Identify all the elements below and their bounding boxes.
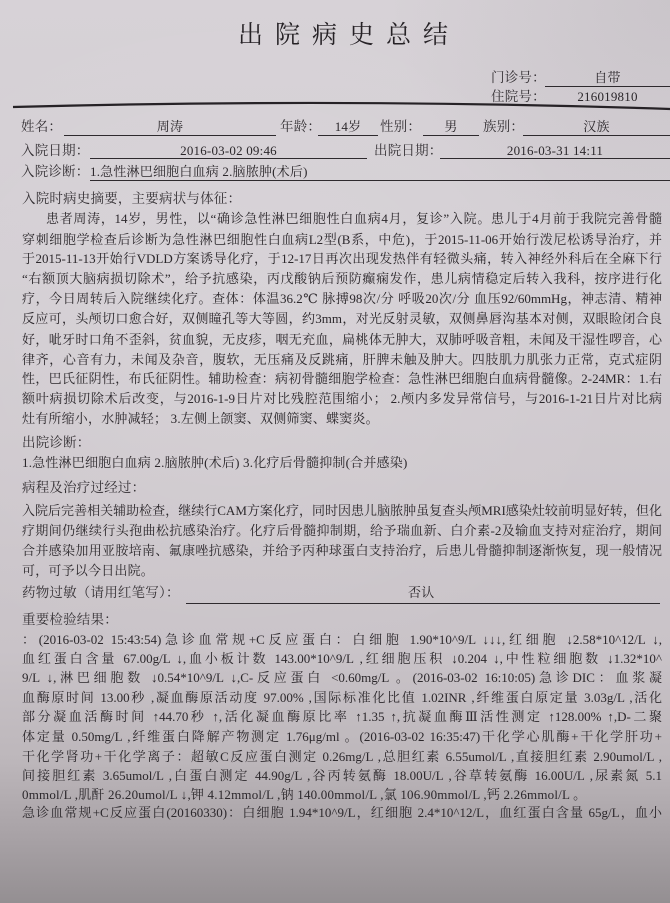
sex-value: 男 xyxy=(423,118,479,136)
sex-label: 性别： xyxy=(380,118,421,136)
lab-result-line: 急诊血常规+C反应蛋白(20160330)：白细胞 1.94*10^9/L，红细… xyxy=(22,804,662,822)
admission-diagnosis-value: 1.急性淋巴细胞白血病 2.脑脓肿(术后) xyxy=(90,163,308,181)
lab-result-line: 9/L ↓,淋巴细胞数 ↓0.54*10^9/L ↓,C-反应蛋白 <0.60m… xyxy=(22,669,662,687)
ethnicity-underline xyxy=(523,135,670,136)
history-line: 额叶病损切除术后改变，与2016-1-9日片对比残腔范围缩小； 2.颅内多发异常… xyxy=(22,390,662,408)
admission-diagnosis-underline xyxy=(90,180,670,181)
header-rule xyxy=(0,95,670,115)
history-line: 反应可，头颅切口愈合好，双侧瞳孔等大等圆，约3mm，对光反射灵敏，双侧鼻唇沟基本… xyxy=(22,310,662,328)
treatment-course-line: 可，可予以今日出院。 xyxy=(22,562,154,580)
lab-result-line: 血酶原时间 13.00秒 ,凝血酶原活动度 97.00% ,国际标准化比值 1.… xyxy=(22,689,662,707)
admission-date-label: 入院日期： xyxy=(21,142,90,160)
history-line: “右额顶大脑病损切除术”，给予抗感染，丙戊酸钠后预防癫痫发作，患儿病情稳定后转入… xyxy=(22,270,662,288)
admission-diagnosis-label: 入院诊断： xyxy=(21,163,90,181)
sex-underline xyxy=(423,135,479,136)
lab-result-line: 部分凝血活酶时间 ↑44.70秒 ↑,活化凝血酶原比率 ↑1.35 ↑,抗凝血酶… xyxy=(22,708,662,726)
outpatient-no-underline xyxy=(545,86,670,87)
document-title: 出院病史总结 xyxy=(238,20,460,52)
treatment-course-line: 合并感染加用亚胺培南、氟康唑抗感染，并给予丙种球蛋白支持治疗，后患儿骨髓抑制逐渐… xyxy=(22,542,662,560)
history-line: 患者周涛，14岁，男性，以“确诊急性淋巴细胞性白血病4月，复诊”入院。患儿于4月… xyxy=(46,210,662,228)
name-underline xyxy=(64,135,276,136)
drug-allergy-value: 否认 xyxy=(408,584,434,602)
treatment-course-line: 疗期间仍继续行头孢曲松抗感染治疗。化疗后骨髓抑制期，给予瑞血新、白介素-2及输血… xyxy=(22,522,662,540)
discharge-diagnosis-text: 1.急性淋巴细胞白血病 2.脑脓肿(术后) 3.化疗后骨髓抑制(合并感染) xyxy=(22,454,407,472)
treatment-course-heading: 病程及治疗过经过： xyxy=(22,479,145,497)
lab-result-line: 间接胆红素 3.65umol/L ,白蛋白测定 44.90g/L ,谷丙转氨酶 … xyxy=(22,767,662,785)
lab-result-line: 0mmol/L ,肌酐 26.20umol/L ↓,钾 4.12mmol/L ,… xyxy=(22,786,586,804)
age-underline xyxy=(318,135,378,136)
discharge-diagnosis-heading: 出院诊断： xyxy=(22,434,91,452)
drug-allergy-label: 药物过敏（请用红笔写）： xyxy=(22,584,180,602)
age-label: 年龄： xyxy=(280,118,321,136)
history-heading: 入院时病史摘要，主要病状与体征： xyxy=(22,190,241,208)
lab-result-line: 血红蛋白含量 67.00g/L ↓,血小板计数 143.00*10^9/L ,红… xyxy=(22,650,662,668)
name-label: 姓名： xyxy=(21,118,62,136)
lab-result-line: 干化学肾功+干化学离子：超敏C反应蛋白测定 0.26mg/L ,总胆红素 6.5… xyxy=(22,748,662,766)
history-line: 性，巴氏征阴性，布氏征阴性。辅助检查：病初骨髓细胞学检查：急性淋巴细胞白血病骨髓… xyxy=(22,370,662,388)
history-line: 于2015-11-13开始行VDLD方案诱导化疗，于12-17日再次出现发热伴有… xyxy=(22,250,662,268)
history-line: 律齐，心音有力，未闻及杂音，腹软，无压痛及反跳痛，肝脾未触及肿大。四肢肌力肌张力… xyxy=(22,351,662,369)
history-line: 灶有所缩小，水肿减轻； 3.左侧上颌窦、双侧筛窦、蝶窦炎。 xyxy=(22,410,379,428)
history-line: 疗，今日周转后入院继续化疗。查体：体温36.2℃ 脉搏98次/分 呼吸20次/分… xyxy=(22,290,662,308)
name-value: 周涛 xyxy=(64,118,276,136)
history-line: 好，呲牙时口角不歪斜，贫血貌，无皮疹，咽无充血，扁桃体无肿大，双肺呼吸音粗，未闻… xyxy=(22,331,662,349)
outpatient-no-label: 门诊号： xyxy=(491,69,546,87)
lab-result-line: 体定量 0.50mg/L ,纤维蛋白降解产物测定 1.76μg/ml 。(201… xyxy=(22,728,662,746)
discharge-date-underline xyxy=(440,158,670,159)
ethnicity-value: 汉族 xyxy=(523,118,670,136)
age-value: 14岁 xyxy=(318,118,378,136)
ethnicity-label: 族别： xyxy=(483,118,524,136)
discharge-date-label: 出院日期： xyxy=(374,142,443,160)
admission-date-underline xyxy=(90,158,367,159)
treatment-course-line: 入院后完善相关辅助检查，继续行CAM方案化疗，同时因患儿脑脓肿虽复查头颅MRI感… xyxy=(22,502,662,520)
drug-allergy-underline xyxy=(186,603,660,604)
outpatient-no-value: 自带 xyxy=(545,69,670,87)
lab-result-line: ：(2016-03-02 15:43:54)急诊血常规+C反应蛋白：白细胞 1.… xyxy=(22,631,662,649)
history-line: 穿刺细胞学检查后诊断为急性淋巴细胞性白血病L2型(B系，中危)，于2015-11… xyxy=(22,231,662,249)
lab-results-heading: 重要检验结果： xyxy=(22,611,118,629)
